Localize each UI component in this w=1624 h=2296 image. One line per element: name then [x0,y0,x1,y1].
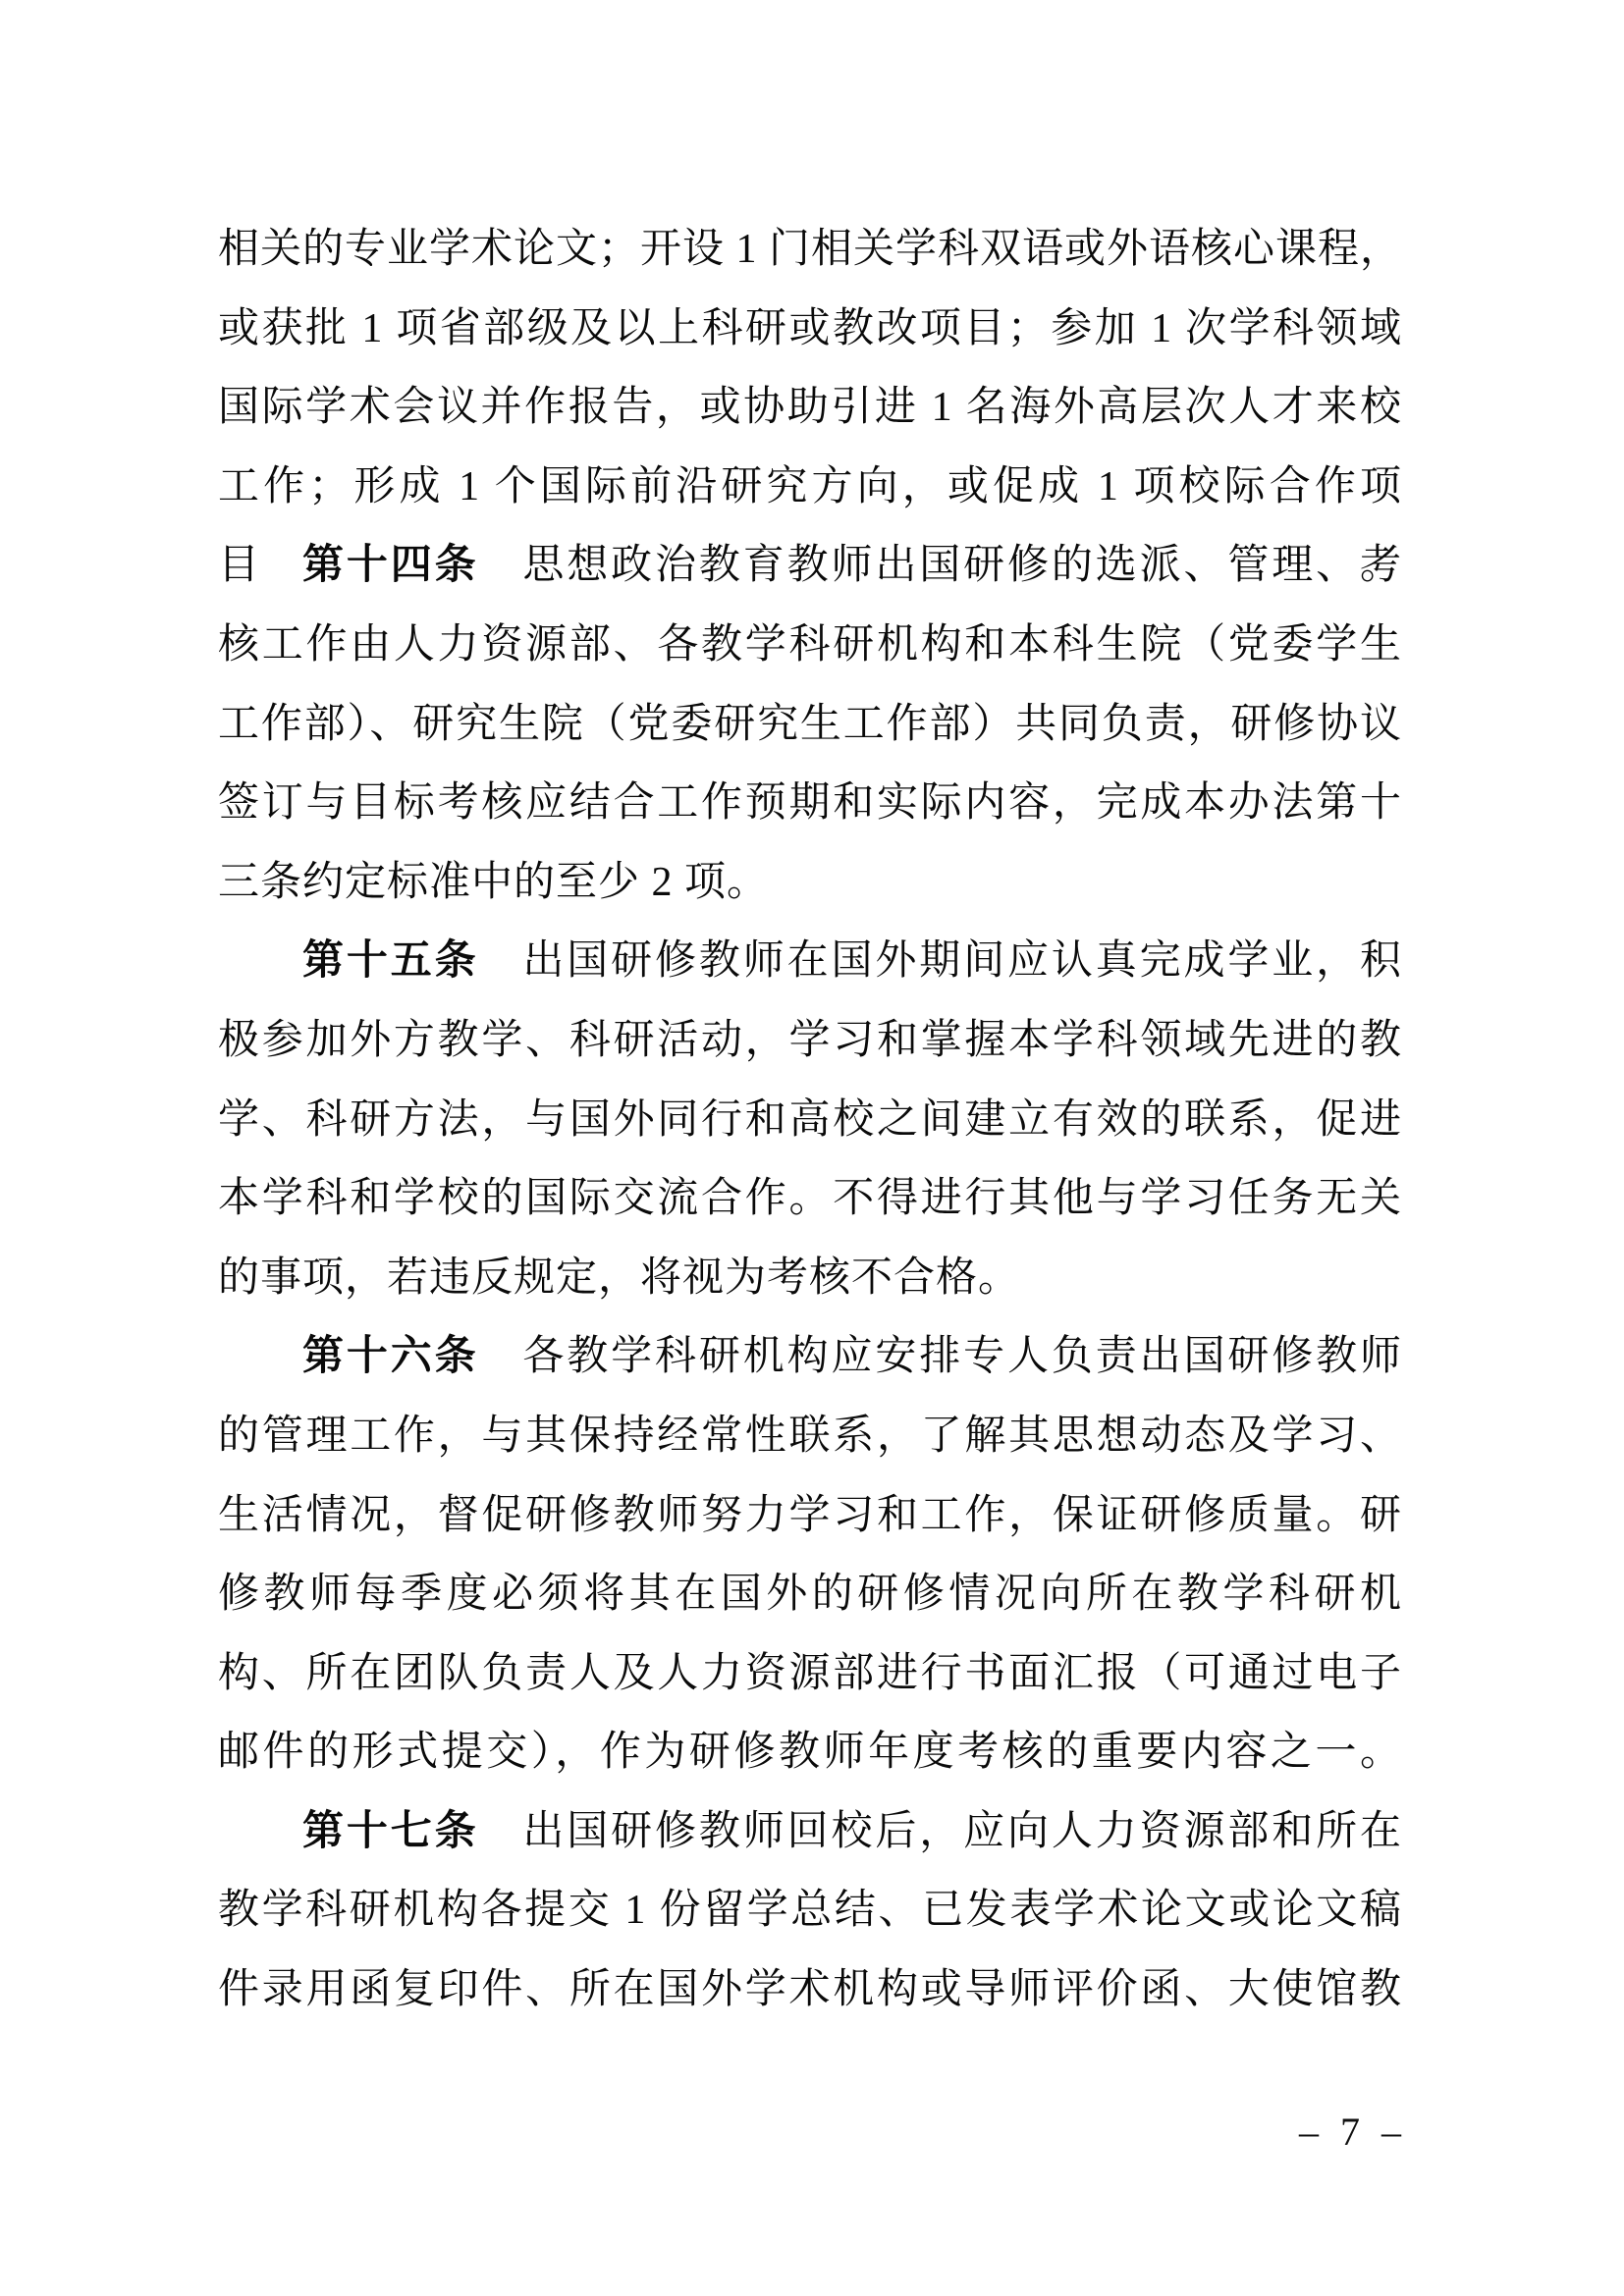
body-text: 各教学科研机构应安排专人负责出国研修教师 [479,1334,1402,1379]
body-text: 思想政治教育教师出国研修的选派、管理、考 [479,543,1402,588]
body-text: 的管理工作，与其保持经常性联系，了解其思想动态及学习、 [218,1414,1402,1459]
article-number: 第十六条 [302,1334,479,1379]
document-line: 工作部）、研究生院（党委研究生工作部）共同负责，研修协议 [218,685,1402,765]
body-text: 核工作由人力资源部、各教学科研机构和本科生院（党委学生 [218,622,1402,667]
body-text: 签订与目标考核应结合工作预期和实际内容，完成本办法第十 [218,780,1402,826]
document-line: 生活情况，督促研修教师努力学习和工作，保证研修质量。研 [218,1476,1402,1556]
document-line: 的管理工作，与其保持经常性联系，了解其思想动态及学习、 [218,1397,1402,1476]
document-line: 教学科研机构各提交 1 份留学总结、已发表学术论文或论文稿 [218,1871,1402,1950]
document-line: 邮件的形式提交），作为研修教师年度考核的重要内容之一。 [218,1713,1402,1792]
body-text: 邮件的形式提交），作为研修教师年度考核的重要内容之一。 [218,1730,1402,1775]
body-text: 修教师每季度必须将其在国外的研修情况向所在教学科研机 [218,1572,1402,1617]
body-text: 出国研修教师在国外期间应认真完成学业，积 [479,938,1402,984]
body-text: 本学科和学校的国际交流合作。不得进行其他与学习任务无关 [218,1176,1402,1221]
body-text: 出国研修教师回校后，应向人力资源部和所在 [479,1809,1402,1854]
document-line: 构、所在团队负责人及人力资源部进行书面汇报（可通过电子 [218,1634,1402,1714]
body-text: 生活情况，督促研修教师努力学习和工作，保证研修质量。研 [218,1493,1402,1538]
document-line: 第十四条 思想政治教育教师出国研修的选派、管理、考 [218,526,1402,606]
document-body: 相关的专业学术论文；开设 1 门相关学科双语或外语核心课程，或获批 1 项省部级… [218,210,1402,2030]
body-text: 三条约定标准中的至少 2 项。 [218,860,769,905]
document-line: 三条约定标准中的至少 2 项。 [218,843,1402,923]
document-line: 的事项，若违反规定，将视为考核不合格。 [218,1239,1402,1318]
document-line: 签订与目标考核应结合工作预期和实际内容，完成本办法第十 [218,764,1402,843]
article-number: 第十四条 [302,543,479,588]
document-line: 国际学术会议并作报告，或协助引进 1 名海外高层次人才来校 [218,368,1402,448]
body-text: 的事项，若违反规定，将视为考核不合格。 [218,1255,1020,1301]
document-line: 工作；形成 1 个国际前沿研究方向，或促成 1 项校际合作项目。 [218,448,1402,527]
page-number: – 7 – [1299,2109,1407,2156]
document-line: 本学科和学校的国际交流合作。不得进行其他与学习任务无关 [218,1159,1402,1239]
document-line: 相关的专业学术论文；开设 1 门相关学科双语或外语核心课程， [218,210,1402,290]
document-line: 第十六条 各教学科研机构应安排专人负责出国研修教师 [218,1317,1402,1397]
article-number: 第十七条 [302,1809,479,1854]
body-text: 工作部）、研究生院（党委研究生工作部）共同负责，研修协议 [218,702,1402,747]
document-line: 第十五条 出国研修教师在国外期间应认真完成学业，积 [218,922,1402,1001]
body-text: 或获批 1 项省部级及以上科研或教改项目；参加 1 次学科领域 [218,306,1402,351]
document-line: 学、科研方法，与国外同行和高校之间建立有效的联系，促进 [218,1081,1402,1160]
body-text: 极参加外方教学、科研活动，学习和掌握本学科领域先进的教 [218,1018,1402,1063]
document-line: 修教师每季度必须将其在国外的研修情况向所在教学科研机 [218,1555,1402,1634]
body-text: 构、所在团队负责人及人力资源部进行书面汇报（可通过电子 [218,1651,1402,1696]
body-text: 相关的专业学术论文；开设 1 门相关学科双语或外语核心课程， [218,227,1402,272]
document-line: 极参加外方教学、科研活动，学习和掌握本学科领域先进的教 [218,1001,1402,1081]
document-line: 件录用函复印件、所在国外学术机构或导师评价函、大使馆教 [218,1950,1402,2030]
document-line: 或获批 1 项省部级及以上科研或教改项目；参加 1 次学科领域 [218,290,1402,369]
body-text: 教学科研机构各提交 1 份留学总结、已发表学术论文或论文稿 [218,1888,1402,1933]
body-text: 学、科研方法，与国外同行和高校之间建立有效的联系，促进 [218,1097,1402,1143]
body-text: 件录用函复印件、所在国外学术机构或导师评价函、大使馆教 [218,1967,1402,2012]
body-text: 国际学术会议并作报告，或协助引进 1 名海外高层次人才来校 [218,385,1402,430]
article-number: 第十五条 [302,938,479,984]
document-line: 第十七条 出国研修教师回校后，应向人力资源部和所在 [218,1792,1402,1872]
document-page: 相关的专业学术论文；开设 1 门相关学科双语或外语核心课程，或获批 1 项省部级… [0,0,1624,2296]
document-line: 核工作由人力资源部、各教学科研机构和本科生院（党委学生 [218,606,1402,685]
